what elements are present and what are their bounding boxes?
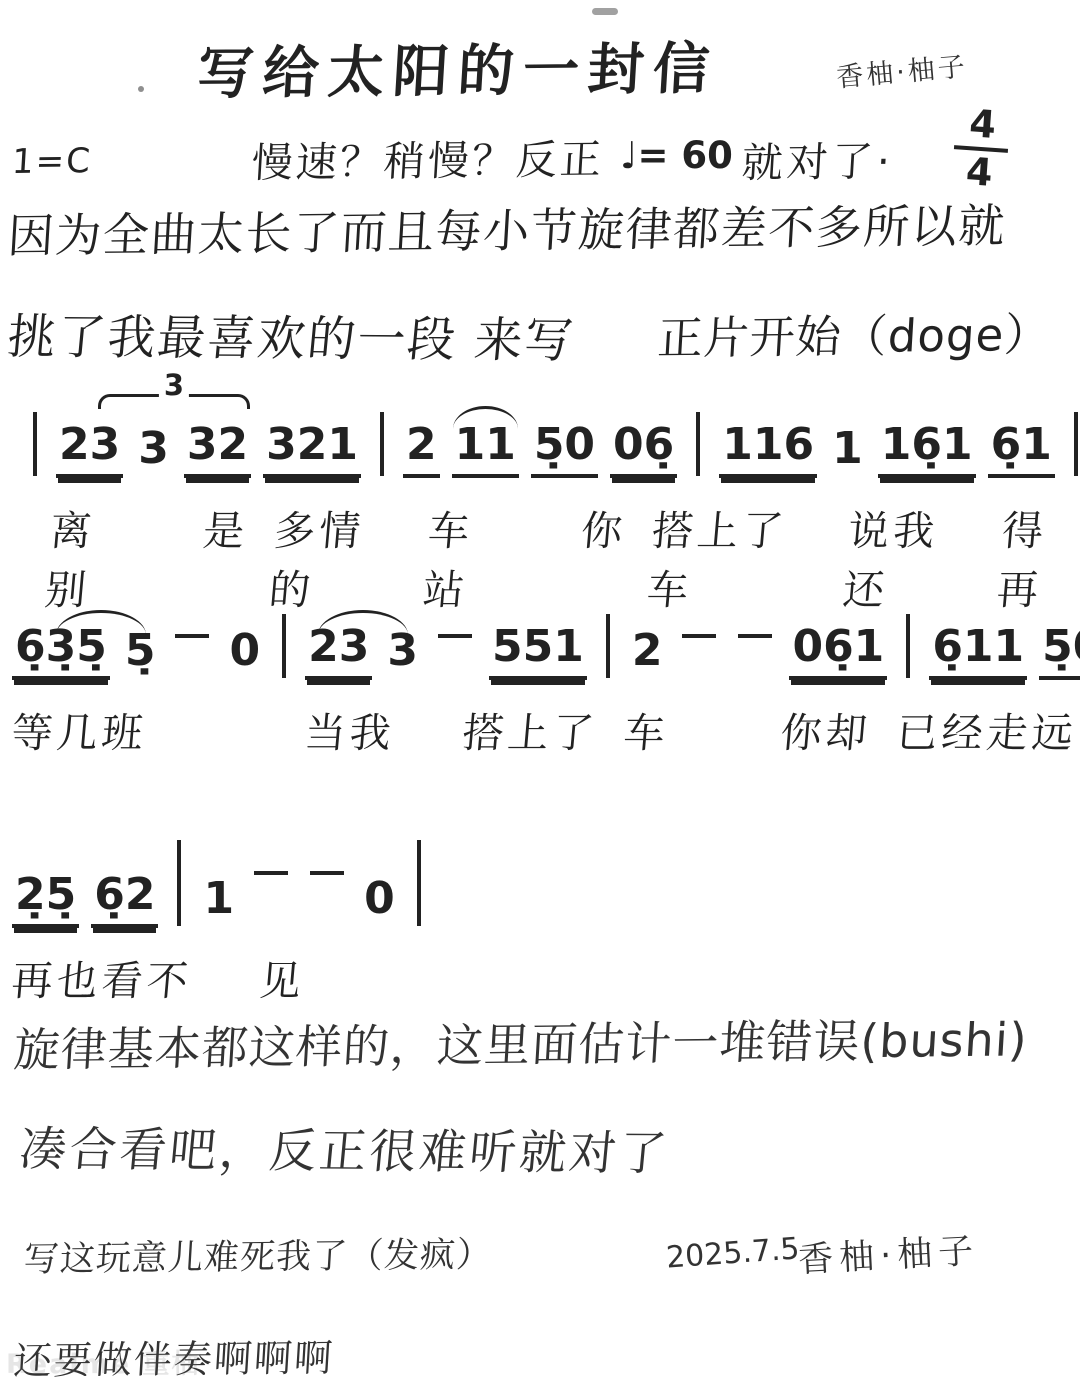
time-signature: 4 4 xyxy=(949,102,1013,195)
note-group: 32 xyxy=(184,421,251,478)
note-group: 6̣11 xyxy=(929,623,1027,680)
note-group: 116 xyxy=(719,421,817,478)
bar-line xyxy=(282,614,286,678)
note-group: 1 xyxy=(200,875,237,928)
lyric-word: 离别 xyxy=(43,498,138,616)
ink-speck xyxy=(592,8,618,15)
note-group: 16̣1 xyxy=(878,421,976,478)
note-group: 6̣1 xyxy=(988,421,1055,478)
manuscript-page: 写给太阳的一封信 香柚·柚子 1=C 慢速？稍慢？反正 ♩= 60 就对了· 4… xyxy=(0,0,1080,1381)
score-line-2: 6̣3̣5̣5̣0233551206̣16̣115̣0 等几班当我搭上了车你却已… xyxy=(12,614,1080,759)
outro-line-2: 凑合看吧，反正很难听就对了 xyxy=(17,1112,673,1184)
note-group: 5̣0 xyxy=(531,421,598,478)
key-signature: 1=C xyxy=(11,141,93,182)
triplet-number: 3 xyxy=(159,371,189,400)
note-group: 0 xyxy=(226,627,263,680)
page-title: 写给太阳的一封信 xyxy=(196,25,721,110)
lyrics-row: 再也看不见 xyxy=(12,948,428,1007)
lyric-word: 车 xyxy=(621,700,671,759)
note-group: 5̣ xyxy=(122,627,159,680)
bar-line xyxy=(1074,412,1078,476)
footer-signature: 香柚·柚子 xyxy=(797,1223,981,1282)
dash-note xyxy=(682,634,716,638)
note-group: 2 xyxy=(629,627,666,680)
ink-speck xyxy=(138,86,144,92)
note-group: 5̣0 xyxy=(1039,623,1080,680)
note-group: 551 xyxy=(489,623,587,680)
note-group: 2̣5̣ xyxy=(12,871,79,928)
intro-line-1: 因为全曲太长了而且每小节旋律都差不多所以就 xyxy=(6,190,1008,266)
lyric-word: 已经走远 xyxy=(894,700,1079,759)
note-group: 06̣ xyxy=(610,421,677,478)
note-group: 2 xyxy=(403,421,440,478)
note-group: 23 xyxy=(56,421,123,478)
notation-row: 2̣5̣6̣210 xyxy=(12,840,428,928)
footer-date: 2025.7.5 xyxy=(665,1231,801,1275)
dash-note xyxy=(175,634,209,638)
lyrics-row: 等几班当我搭上了车你却已经走远 xyxy=(12,700,1080,759)
lyric-word: 你 xyxy=(574,498,629,616)
lyric-word: 搭上了车 xyxy=(645,498,826,616)
score-line-1: 3 233323212115̣006̣116116̣16̣1 离别是多情的车站你… xyxy=(26,412,1080,616)
time-signature-top: 4 xyxy=(952,102,1013,148)
lyric-word: 多情的 xyxy=(267,498,405,616)
bar-line xyxy=(33,412,37,476)
dash-note xyxy=(438,634,472,638)
lyric-word: 搭上了 xyxy=(460,700,600,759)
note-group: 11 xyxy=(452,421,519,478)
dash-note xyxy=(738,634,772,638)
note-group: 3 xyxy=(384,627,421,680)
dash-note xyxy=(310,871,344,875)
lyric-word: 再也看不 xyxy=(9,948,194,1007)
intro-line-2: 挑了我最喜欢的一段 来写 xyxy=(5,298,578,371)
lyric-word: 是 xyxy=(196,498,251,616)
author-signature: 香柚·柚子 xyxy=(835,44,969,94)
notation-row: 6̣3̣5̣5̣0233551206̣16̣115̣0 xyxy=(12,614,1080,680)
footer-note: 写这玩意儿难死我了（发疯） xyxy=(23,1227,494,1282)
lyric-word: 车站 xyxy=(421,498,516,616)
lyric-word: 得再 xyxy=(995,498,1080,616)
lyric-word: 当我 xyxy=(302,700,397,759)
bar-line xyxy=(417,840,421,926)
camera-watermark: Realme 重柚 xyxy=(6,1342,200,1381)
bar-line xyxy=(696,412,700,476)
note-group: 0 xyxy=(361,875,398,928)
intro-line-3: 正片开始（doge） xyxy=(656,298,1052,367)
metronome-mark: ♩= 60 xyxy=(620,134,733,177)
note-group: 3 xyxy=(135,425,172,478)
triplet-bracket: 3 xyxy=(98,394,250,409)
note-group: 06̣1 xyxy=(789,623,887,680)
bar-line xyxy=(380,412,384,476)
tempo-instruction: 慢速？稍慢？反正 xyxy=(250,126,606,189)
notation-row: 3 233323212115̣006̣116116̣16̣1 xyxy=(26,412,1080,478)
lyric-word: 你却 xyxy=(778,700,873,759)
note-group: 6̣2 xyxy=(91,871,158,928)
lyric-word: 说我还 xyxy=(841,498,979,616)
bar-line xyxy=(606,614,610,678)
note-group: 1 xyxy=(829,425,866,478)
note-group: 321 xyxy=(263,421,361,478)
bar-line xyxy=(177,840,181,926)
tempo-comment: 就对了· xyxy=(740,128,896,189)
lyric-word: 等几班 xyxy=(9,700,149,759)
lyric-word: 见 xyxy=(257,948,307,1007)
score-line-3: 2̣5̣6̣210 再也看不见 xyxy=(12,840,428,1007)
bar-line xyxy=(906,614,910,678)
outro-line-1: 旋律基本都这样的，这里面估计一堆错误(bushi) xyxy=(12,1003,1030,1080)
dash-note xyxy=(254,871,288,875)
lyrics-row: 离别是多情的车站你搭上了车说我还得再 xyxy=(48,498,1080,616)
